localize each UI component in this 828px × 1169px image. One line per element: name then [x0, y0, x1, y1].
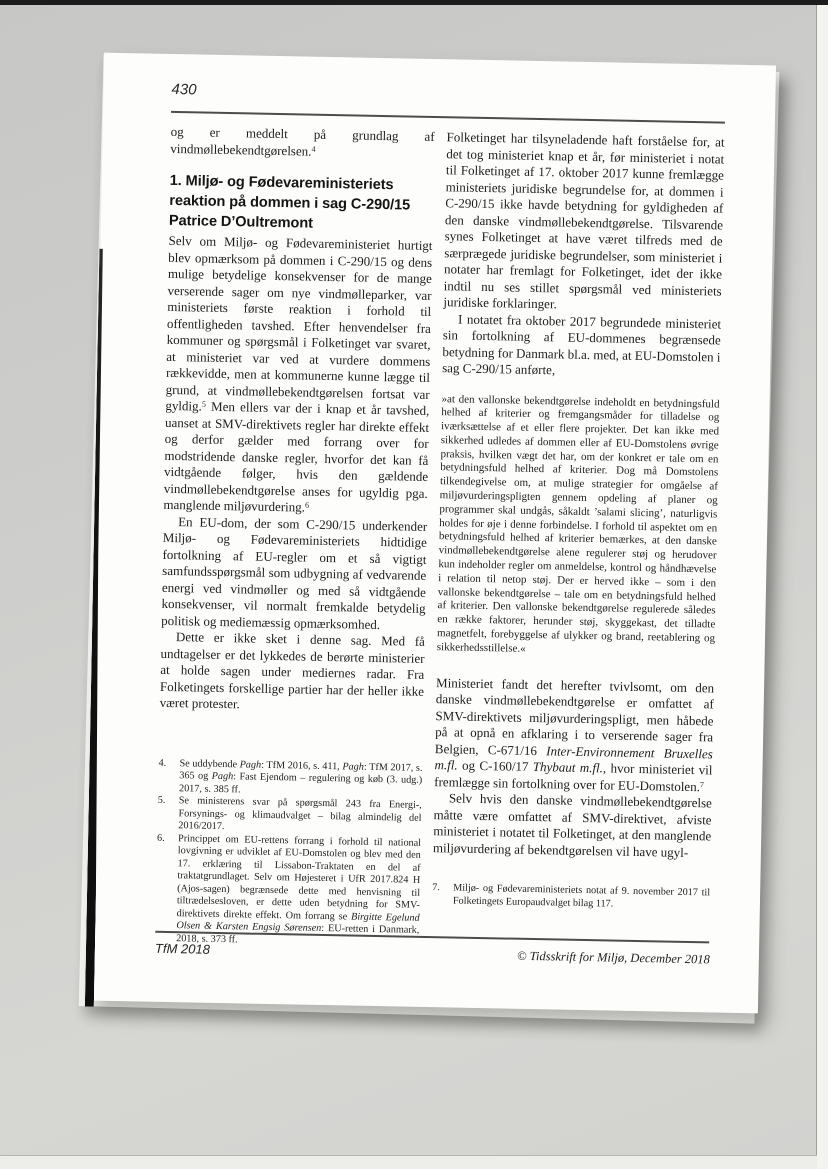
intro-paragraph: og er meddelt på grundlag af vindmøllebe…	[170, 124, 435, 162]
body-paragraph: Selv om Miljø- og Fødevareministeriet hu…	[163, 233, 432, 519]
paragraph-text: Selv om Miljø- og Fødevareministeriet hu…	[165, 233, 432, 414]
case-name: Thybaut m.fl.	[533, 759, 603, 775]
scanner-top-band	[0, 0, 828, 5]
footnote-ref-7: 7	[700, 780, 704, 789]
left-column: og er meddelt på grundlag af vindmøllebe…	[155, 124, 435, 950]
paragraph-text: og C-160/17	[458, 758, 534, 774]
footnote-text: Se ministerens svar på spørgsmål 243 fra…	[178, 795, 422, 837]
journal-footer-right: © Tidsskrift for Miljø, December 2018	[517, 949, 710, 968]
block-quote: »at den vallonske bekendtgørelse indehol…	[437, 393, 720, 660]
header-rule	[171, 111, 725, 124]
body-paragraph: Selv hvis den danske vindmøllebekendtgør…	[433, 790, 712, 861]
body-paragraph: Dette er ikke sket i denne sag. Med få u…	[160, 629, 426, 717]
paragraph-text: Men ellers var der i knap et år tavshed,…	[163, 399, 429, 515]
footnote-text: Miljø- og Fødevareministeriets notat af …	[453, 883, 710, 913]
footnote-author: Pagh	[212, 771, 234, 782]
footnote-author: Pagh	[342, 761, 364, 772]
body-paragraph: Folketinget har tilsyneladende haft fors…	[443, 129, 724, 316]
footnote-segment: : TfM 2016, s. 411,	[261, 759, 342, 772]
footnote-number: 7.	[432, 882, 453, 907]
scan-background: { "page": { "number": "430", "footer_lef…	[0, 0, 828, 1169]
body-paragraph: Ministeriet fandt det herefter tvivlsomt…	[434, 675, 714, 796]
footnote-ref-4: 4	[311, 144, 315, 153]
footnote-number: 5.	[157, 795, 179, 833]
footnote-text: Se uddybende Pagh: TfM 2016, s. 411, Pag…	[179, 758, 423, 800]
body-paragraph: En EU-dom, der som C-290/15 underkender …	[161, 513, 427, 634]
footnote: 4. Se uddybende Pagh: TfM 2016, s. 411, …	[158, 757, 423, 800]
page-number: 430	[171, 81, 196, 98]
footnote-list: 4. Se uddybende Pagh: TfM 2016, s. 411, …	[155, 757, 423, 950]
scanner-bottom-edge	[0, 1155, 817, 1169]
body-paragraph: I notatet fra oktober 2017 begrundede mi…	[442, 311, 721, 382]
right-column: Folketinget har tilsyneladende haft fors…	[432, 129, 725, 912]
journal-footer-left: TfM 2018	[155, 941, 210, 957]
footnote-list: 7. Miljø- og Fødevareministeriets notat …	[432, 882, 710, 912]
scanned-page: 430 og er meddelt på grundlag af vindmøl…	[86, 53, 776, 1014]
footnote-segment: Princippet om EU-rettens forrang i forho…	[177, 833, 422, 922]
footnote-number: 4.	[158, 757, 180, 795]
footnote: 7. Miljø- og Fødevareministeriets notat …	[432, 882, 710, 912]
scanner-right-edge	[816, 5, 828, 1169]
footnote-author: Pagh	[240, 759, 262, 770]
footnote-segment: Se uddybende	[179, 758, 239, 770]
intro-text: og er meddelt på grundlag af vindmøllebe…	[170, 124, 435, 158]
footnote-ref-6: 6	[305, 501, 309, 510]
section-heading: 1. Miljø- og Fødevareministeriets reakti…	[169, 171, 434, 236]
footnote-number: 6.	[155, 832, 178, 945]
footnote: 5. Se ministerens svar på spørgsmål 243 …	[157, 795, 422, 838]
